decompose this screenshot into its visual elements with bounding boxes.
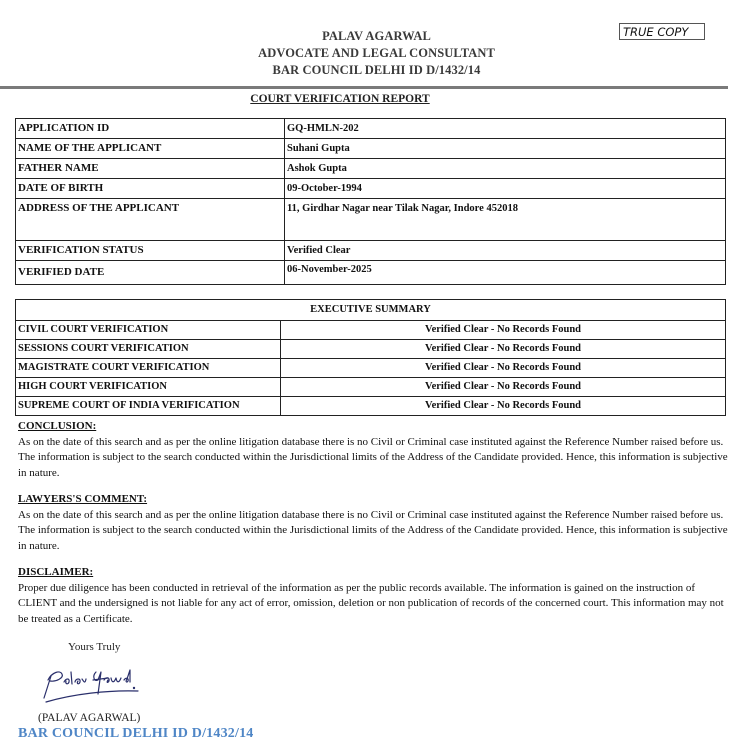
table-row: VERIFIED DATE 06-November-2025 — [16, 261, 726, 285]
summary-label: SUPREME COURT OF INDIA VERIFICATION — [16, 397, 281, 416]
disclaimer-heading: DISCLAIMER: — [18, 565, 730, 581]
table-row: SESSIONS COURT VERIFICATION Verified Cle… — [16, 340, 726, 359]
table-row: SUPREME COURT OF INDIA VERIFICATION Veri… — [16, 397, 726, 416]
detail-label: DATE OF BIRTH — [16, 179, 285, 199]
table-row: CIVIL COURT VERIFICATION Verified Clear … — [16, 321, 726, 340]
detail-label: FATHER NAME — [16, 159, 285, 179]
table-row: ADDRESS OF THE APPLICANT 11, Girdhar Nag… — [16, 199, 726, 241]
detail-label: ADDRESS OF THE APPLICANT — [16, 199, 285, 241]
advocate-bar-id: BAR COUNCIL DELHI ID D/1432/14 — [0, 62, 753, 79]
summary-label: HIGH COURT VERIFICATION — [16, 378, 281, 397]
disclaimer-section: DISCLAIMER: Proper due diligence has bee… — [18, 565, 730, 627]
table-row: MAGISTRATE COURT VERIFICATION Verified C… — [16, 359, 726, 378]
summary-value: Verified Clear - No Records Found — [281, 397, 726, 416]
report-title: COURT VERIFICATION REPORT — [0, 93, 680, 105]
detail-value: 06-November-2025 — [285, 261, 726, 285]
detail-value: 09-October-1994 — [285, 179, 726, 199]
summary-value: Verified Clear - No Records Found — [281, 340, 726, 359]
summary-value: Verified Clear - No Records Found — [281, 378, 726, 397]
header-divider — [0, 86, 728, 89]
signatory-name: (PALAV AGARWAL) — [38, 712, 140, 724]
detail-label: APPLICATION ID — [16, 119, 285, 139]
applicant-details-table: APPLICATION ID GQ-HMLN-202 NAME OF THE A… — [15, 118, 726, 285]
lawyers-comment-heading: LAWYERS'S COMMENT: — [18, 492, 730, 508]
table-row: NAME OF THE APPLICANT Suhani Gupta — [16, 139, 726, 159]
closing-text: Yours Truly — [68, 641, 120, 653]
detail-value: Ashok Gupta — [285, 159, 726, 179]
conclusion-heading: CONCLUSION: — [18, 419, 730, 435]
table-header-row: EXECUTIVE SUMMARY — [16, 300, 726, 321]
detail-value: Suhani Gupta — [285, 139, 726, 159]
disclaimer-text: Proper due diligence has been conducted … — [18, 581, 730, 628]
table-row: FATHER NAME Ashok Gupta — [16, 159, 726, 179]
true-copy-stamp: TRUE COPY — [619, 23, 705, 40]
detail-label: VERIFIED DATE — [16, 261, 285, 285]
detail-value: 11, Girdhar Nagar near Tilak Nagar, Indo… — [285, 199, 726, 241]
lawyers-comment-section: LAWYERS'S COMMENT: As on the date of thi… — [18, 492, 730, 554]
conclusion-section: CONCLUSION: As on the date of this searc… — [18, 419, 730, 481]
summary-label: SESSIONS COURT VERIFICATION — [16, 340, 281, 359]
detail-value: GQ-HMLN-202 — [285, 119, 726, 139]
summary-label: MAGISTRATE COURT VERIFICATION — [16, 359, 281, 378]
executive-summary-table: EXECUTIVE SUMMARY CIVIL COURT VERIFICATI… — [15, 299, 726, 416]
signature-icon — [38, 664, 148, 706]
summary-title: EXECUTIVE SUMMARY — [16, 300, 726, 321]
detail-value: Verified Clear — [285, 241, 726, 261]
table-row: HIGH COURT VERIFICATION Verified Clear -… — [16, 378, 726, 397]
detail-label: NAME OF THE APPLICANT — [16, 139, 285, 159]
summary-label: CIVIL COURT VERIFICATION — [16, 321, 281, 340]
summary-value: Verified Clear - No Records Found — [281, 359, 726, 378]
summary-value: Verified Clear - No Records Found — [281, 321, 726, 340]
table-row: APPLICATION ID GQ-HMLN-202 — [16, 119, 726, 139]
conclusion-text: As on the date of this search and as per… — [18, 435, 730, 482]
detail-label: VERIFICATION STATUS — [16, 241, 285, 261]
table-row: DATE OF BIRTH 09-October-1994 — [16, 179, 726, 199]
advocate-designation: ADVOCATE AND LEGAL CONSULTANT — [0, 45, 753, 62]
signatory-bar-id: BAR COUNCIL DELHI ID D/1432/14 — [18, 726, 253, 742]
table-row: VERIFICATION STATUS Verified Clear — [16, 241, 726, 261]
lawyers-comment-text: As on the date of this search and as per… — [18, 508, 730, 555]
